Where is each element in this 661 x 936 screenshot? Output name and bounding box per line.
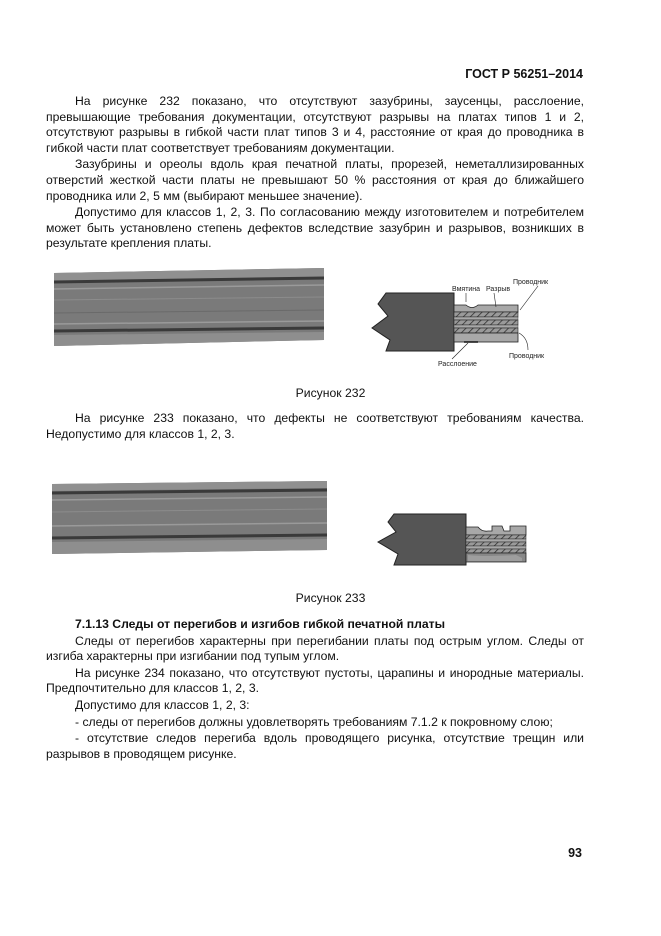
- section-figure-233-text: На рисунке 233 показано, что дефекты не …: [46, 411, 584, 443]
- figure-233-diagram: [376, 508, 546, 570]
- label-conductor-top: Проводник: [513, 279, 549, 286]
- list-item: - отсутствие следов перегиба вдоль прово…: [46, 731, 584, 762]
- paragraph: Допустимо для классов 1, 2, 3. По соглас…: [46, 205, 584, 252]
- section-figure-232-text: На рисунке 232 показано, что отсутствуют…: [46, 94, 584, 253]
- paragraph: Следы от перегибов характерны при переги…: [46, 634, 584, 665]
- label-delamination: Расслоение: [438, 361, 477, 368]
- figure-232-photo: [54, 268, 324, 348]
- label-conductor-bottom: Проводник: [509, 353, 545, 360]
- figure-233-photo: [52, 478, 327, 556]
- paragraph: На рисунке 232 показано, что отсутствуют…: [46, 94, 584, 156]
- figure-233-caption: Рисунок 233: [0, 591, 661, 605]
- label-tear: Разрыв: [486, 286, 510, 293]
- section-heading: 7.1.13 Следы от перегибов и изгибов гибк…: [46, 617, 584, 633]
- paragraph: Зазубрины и ореолы вдоль края печатной п…: [46, 157, 584, 204]
- figure-232-caption: Рисунок 232: [0, 386, 661, 400]
- list-item: - следы от перегибов должны удовлетворят…: [46, 715, 584, 731]
- paragraph: На рисунке 234 показано, что отсутствуют…: [46, 666, 584, 697]
- document-standard-id: ГОСТ Р 56251–2014: [465, 67, 583, 81]
- section-7-1-13: 7.1.13 Следы от перегибов и изгибов гибк…: [46, 617, 584, 763]
- paragraph: На рисунке 233 показано, что дефекты не …: [46, 411, 584, 442]
- figure-232-diagram: Вмятина Разрыв Проводник Проводник Рассл…: [366, 272, 596, 372]
- page-number: 93: [568, 846, 582, 860]
- label-dent: Вмятина: [452, 286, 480, 293]
- paragraph: Допустимо для классов 1, 2, 3:: [46, 698, 584, 714]
